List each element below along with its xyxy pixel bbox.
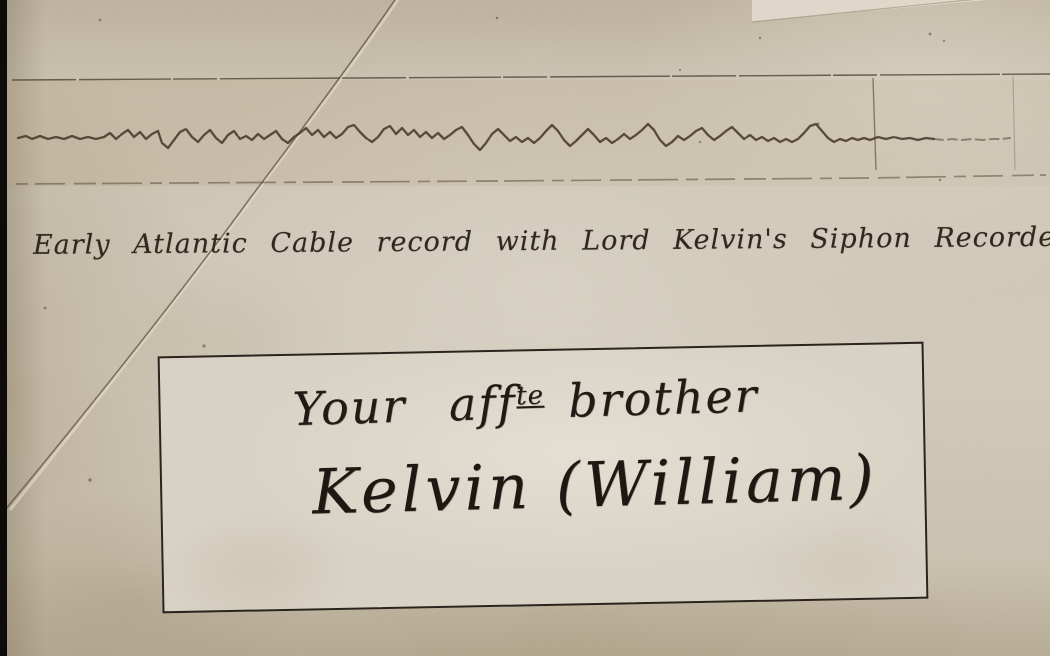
signature-card: Your afftebrother Kelvin (William) <box>158 342 929 614</box>
signature-line1: Your afftebrother <box>292 354 924 439</box>
signature-line2: Kelvin (William) <box>311 440 925 530</box>
aged-photograph: Early Atlantic Cable record with Lord Ke… <box>0 0 1050 656</box>
handwritten-caption: Early Atlantic Cable record with Lord Ke… <box>33 217 1033 267</box>
signature-line1-pre: Your aff <box>292 375 517 436</box>
signature-line1-rest: brother <box>567 368 759 428</box>
photo-left-edge <box>0 0 7 656</box>
signature-line1-superscript: te <box>516 381 545 412</box>
